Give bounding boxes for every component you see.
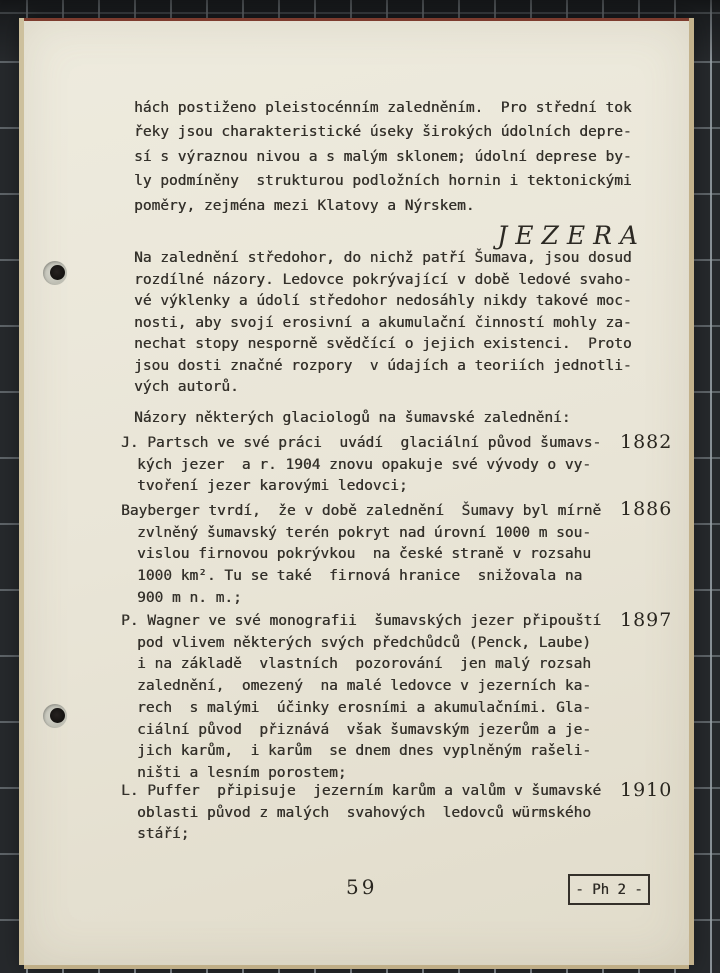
entry-puffer: L. Puffer připisuje jezerním karům a val…: [121, 781, 601, 846]
punch-hole-top-center: [50, 265, 65, 280]
entry-wagner: P. Wagner ve své monografii šumavských j…: [121, 611, 601, 785]
margin-year-1910: 1910: [620, 779, 672, 801]
text-line: i na základě vlastních pozorování jen ma…: [121, 654, 601, 676]
text-line: zalednění, omezený na malé ledovce v jez…: [121, 676, 601, 698]
text-line: P. Wagner ve své monografii šumavských j…: [121, 611, 601, 633]
punch-hole-bottom-center: [50, 708, 65, 723]
text-line: zvlněný šumavský terén pokryt nad úrovní…: [121, 523, 601, 545]
text-line: sí s výraznou nivou a s malým sklonem; ú…: [134, 145, 632, 169]
text-line: nosti, aby svojí erosivní a akumulační č…: [134, 313, 632, 335]
text-line: hách postiženo pleistocénním zaledněním.…: [134, 96, 632, 120]
paragraph-river-valleys: hách postiženo pleistocénním zaledněním.…: [134, 96, 632, 218]
text-line: vých autorů.: [134, 377, 632, 399]
text-line: řeky jsou charakteristické úseky širokýc…: [134, 120, 632, 144]
section-heading-jezera: JEZERA: [24, 221, 646, 250]
text-line: jsou dosti značné rozpory v údajích a te…: [134, 356, 632, 378]
margin-year-1886: 1886: [620, 498, 672, 520]
catalog-stamp-ph2: - Ph 2 -: [568, 874, 650, 905]
tiled-desk-background: hách postiženo pleistocénním zaledněním.…: [0, 0, 720, 973]
text-line: rech s malými účinky erosními a akumulač…: [121, 698, 601, 720]
margin-year-1882: 1882: [620, 431, 672, 453]
entry-partsch: J. Partsch ve své práci uvádí glaciální …: [121, 433, 601, 498]
text-line: tvoření jezer karovými ledovci;: [121, 476, 601, 498]
punch-hole-bottom: [43, 704, 67, 728]
text-line: Názory některých glaciologů na šumavské …: [134, 408, 571, 430]
document-page: hách postiženo pleistocénním zaledněním.…: [24, 18, 689, 965]
page-number: 59: [346, 875, 377, 899]
text-line: L. Puffer připisuje jezerním karům a val…: [121, 781, 601, 803]
text-line: vé výklenky a údolí středohor nedosáhly …: [134, 291, 632, 313]
punch-hole-top: [43, 261, 67, 285]
text-line: 1000 km². Tu se také firnová hranice sni…: [121, 566, 601, 588]
text-line: stáří;: [121, 824, 601, 846]
text-line: Na zalednění středohor, do nichž patří Š…: [134, 248, 632, 270]
text-line: Bayberger tvrdí, že v době zalednění Šum…: [121, 501, 601, 523]
margin-year-1897: 1897: [620, 609, 672, 631]
text-line: 900 m n. m.;: [121, 588, 601, 610]
text-line: vislou firnovou pokrývkou na české stran…: [121, 544, 601, 566]
entry-bayberger: Bayberger tvrdí, že v době zalednění Šum…: [121, 501, 601, 610]
text-line: nechat stopy nesporně svědčící o jejich …: [134, 334, 632, 356]
text-line: oblasti původ z malých svahových ledovců…: [121, 803, 601, 825]
text-line: rozdílné názory. Ledovce pokrývající v d…: [134, 270, 632, 292]
paragraph-glaciation-opinions: Na zalednění středohor, do nichž patří Š…: [134, 248, 632, 399]
text-line: ciální původ přiznává však šumavským jez…: [121, 720, 601, 742]
text-line: kých jezer a r. 1904 znovu opakuje své v…: [121, 455, 601, 477]
text-line: jich karům, i karům se dnem dnes vyplněn…: [121, 741, 601, 763]
text-line: poměry, zejména mezi Klatovy a Nýrskem.: [134, 194, 632, 218]
text-line: ly podmíněny strukturou podložních horni…: [134, 169, 632, 193]
text-line: pod vlivem některých svých předchůdců (P…: [121, 633, 601, 655]
text-line: J. Partsch ve své práci uvádí glaciální …: [121, 433, 601, 455]
list-introduction: Názory některých glaciologů na šumavské …: [134, 408, 571, 430]
